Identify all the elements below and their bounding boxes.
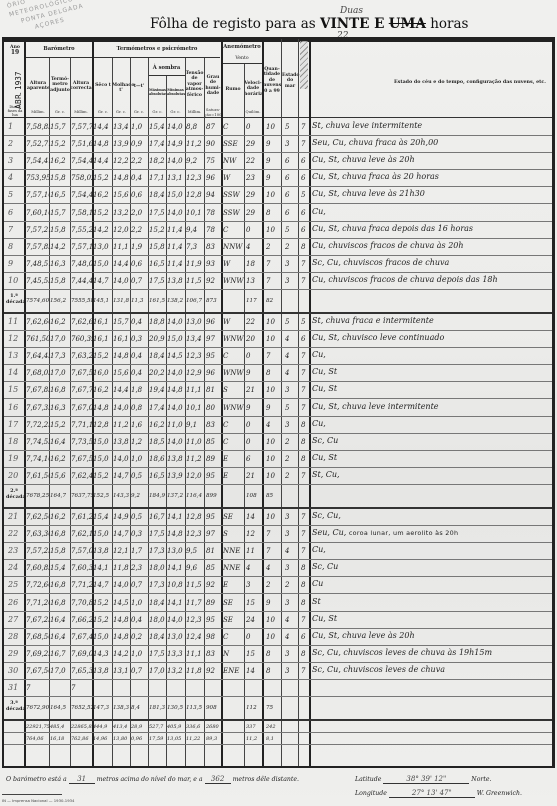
cell-mar: 3 <box>285 530 297 538</box>
cell-diff: 0,7 <box>131 277 148 285</box>
cell-diff: 1,0 <box>131 455 148 463</box>
cell-diff: 0,3 <box>131 335 148 343</box>
cell-seco: 12,8 <box>93 421 112 429</box>
cell-neb: 4 <box>266 421 280 429</box>
day-number: 17 <box>8 420 18 429</box>
cell-alt-ap: 7,68,50 <box>26 633 50 641</box>
cell-diff: 0,5 <box>131 472 148 480</box>
cell-term: 17,3 <box>50 352 70 360</box>
cell-neb: 8 <box>266 209 280 217</box>
cell-mar: 6 <box>285 174 297 182</box>
cell-neb: 10 <box>266 455 280 463</box>
title-suffix: horas <box>430 16 468 32</box>
rule <box>26 57 92 58</box>
cell-mar: 3 <box>285 667 297 675</box>
day-number: 24 <box>8 563 18 572</box>
cell-min: 13,0 <box>167 633 185 641</box>
table-row: 187,74,5516,47,73,5015,013,81,218,514,01… <box>4 434 552 451</box>
cell-alt-ap: 7,72,25 <box>26 421 50 429</box>
cell-hum: 98 <box>206 633 222 641</box>
cell-alt-ap: 7,67,85 <box>26 386 50 394</box>
cell-tens: 11,2 <box>186 140 204 148</box>
cell-x: 6 <box>301 633 309 641</box>
decade-label: 3.ª década <box>6 700 22 712</box>
cell-min: 13,1 <box>167 174 185 182</box>
cell-diff: 1,7 <box>131 547 148 555</box>
cell-seco: 14,8 <box>93 404 112 412</box>
cell-term: 17,0 <box>50 335 70 343</box>
day-number: 8 <box>8 242 13 251</box>
cell-min: 15,0 <box>167 335 185 343</box>
day-number: 12 <box>8 334 18 343</box>
cell-seco: 145,1 <box>93 298 112 304</box>
total-min: 405,9 <box>167 724 185 730</box>
cell-mar: 4 <box>285 335 297 343</box>
cell-x: 5 <box>301 318 309 326</box>
cell-alt-ap: 7,74,55 <box>26 438 50 446</box>
sky-description: Sc, Cu, <box>312 511 341 520</box>
day-number: 3 <box>8 156 13 165</box>
cell-hum: 89 <box>206 455 222 463</box>
cell-molh: 14,0 <box>113 455 131 463</box>
cell-alt-cor: 7,67,47 <box>71 633 93 641</box>
cell-tens: 11,9 <box>186 260 204 268</box>
cell-min: 14,0 <box>167 369 185 377</box>
cell-molh: 14,8 <box>113 616 131 624</box>
table-row: 37,54,4116,27,54,4414,412,22,218,214,09,… <box>4 153 552 170</box>
title-prefix: Fôlha de registo para as <box>150 16 316 32</box>
cell-mar: 2 <box>285 581 297 589</box>
cell-rumo: SSW <box>223 209 244 217</box>
day-number: 11 <box>8 317 18 326</box>
cell-neb: 9 <box>266 174 280 182</box>
cell-vel: 108 <box>246 493 262 499</box>
cell-alt-cor: 7,48,04 <box>71 260 93 268</box>
cell-diff: 8,4 <box>131 705 148 711</box>
cell-x: 7 <box>301 513 309 521</box>
total-molh: 13,80 <box>113 736 131 742</box>
cell-max: 16,5 <box>149 472 167 480</box>
cell-vel: 0 <box>246 421 262 429</box>
cell-mar: 4 <box>285 369 297 377</box>
cell-min: 14,1 <box>167 564 185 572</box>
day-number: 4 <box>8 173 13 182</box>
cell-neb: 10 <box>266 191 280 199</box>
cell-seco: 15,0 <box>93 633 112 641</box>
cell-mar: 3 <box>285 650 297 658</box>
cell-hum: 81 <box>206 386 222 394</box>
cell-vel: 4 <box>246 564 262 572</box>
cell-max: 18,4 <box>149 633 167 641</box>
cell-rumo: W <box>223 260 244 268</box>
cell-x: 7 <box>301 472 309 480</box>
cell-alt-ap: 7,67,50 <box>26 667 50 675</box>
cell-alt-cor: 7,54,44 <box>71 157 93 165</box>
cell-vel: 15 <box>246 599 262 607</box>
cell-alt-cor: 7,66,28 <box>71 616 93 624</box>
cell-tens: 11,5 <box>186 581 204 589</box>
cell-neb: 7 <box>266 260 280 268</box>
unit-label: Gr. c. <box>94 109 112 114</box>
cell-hum: 75 <box>206 157 222 165</box>
cell-molh: 16,1 <box>113 335 131 343</box>
day-number: 13 <box>8 351 18 360</box>
cell-alt-cor: 7,57,11 <box>71 243 93 251</box>
cell-alt-ap: 7 <box>26 684 50 692</box>
table-row: 77,57,2115,87,55,2814,212,02,215,211,49,… <box>4 222 552 239</box>
cell-diff: 0,9 <box>131 140 148 148</box>
cell-molh: 15,6 <box>113 369 131 377</box>
col-velocidade: Veloci-dade horária <box>244 81 262 97</box>
cell-term: 16,8 <box>50 599 70 607</box>
cell-term: 156,2 <box>50 298 70 304</box>
cell-alt-cor: 7,62,60 <box>71 318 93 326</box>
day-number: 31 <box>8 683 18 692</box>
sky-description: Seu, Cu, chuva fraca às 20h,00 <box>312 138 438 147</box>
cell-neb: 82 <box>266 298 280 304</box>
table-row: 4753,9515,8758,0215,214,80,417,113,112,3… <box>4 170 552 187</box>
cell-neb: 7 <box>266 277 280 285</box>
cell-alt-ap: 7,64,45 <box>26 352 50 360</box>
cell-alt-cor: 7,67,51 <box>71 455 93 463</box>
cell-neb: 9 <box>266 140 280 148</box>
cell-term: 16,4 <box>50 438 70 446</box>
cell-neb: 10 <box>266 513 280 521</box>
cell-neb: 10 <box>266 123 280 131</box>
cell-seco: 14,2 <box>93 226 112 234</box>
cell-vel: 21 <box>246 472 262 480</box>
cell-tens: 12,3 <box>186 616 204 624</box>
cell-molh: 13,8 <box>113 438 131 446</box>
cell-vel: 13 <box>246 277 262 285</box>
cell-diff: 0,8 <box>131 404 148 412</box>
cell-hum: 81 <box>206 547 222 555</box>
cell-alt-cor: 7,62,16 <box>71 530 93 538</box>
cell-neb: 10 <box>266 226 280 234</box>
cell-term: 15,8 <box>50 547 70 555</box>
cell-alt-ap: 7574,60 <box>26 298 50 304</box>
cell-seco: 16,2 <box>93 191 112 199</box>
cell-seco: 14,8 <box>93 140 112 148</box>
day-number: 10 <box>8 276 18 285</box>
cell-neb: 7 <box>266 352 280 360</box>
cell-max: 18,5 <box>149 438 167 446</box>
cell-x: 7 <box>301 547 309 555</box>
sky-description: Cu <box>312 579 323 588</box>
cell-min: 13,8 <box>167 455 185 463</box>
longitude-line: Longitude 27° 13' 47" W. Greenwich. <box>355 789 522 798</box>
cell-alt-ap: 7672,90 <box>26 705 50 711</box>
col-altura-aparente: Altura aparente <box>27 81 49 92</box>
cell-seco: 15,4 <box>93 513 112 521</box>
cell-term: 164,5 <box>50 705 70 711</box>
cell-min: 11,4 <box>167 226 185 234</box>
cell-alt-ap: 7,60,85 <box>26 564 50 572</box>
cell-max: 18,4 <box>149 352 167 360</box>
table-row: 297,69,2516,77,69,0614,314,21,017,513,31… <box>4 646 552 663</box>
cell-tens: 9,4 <box>186 226 204 234</box>
table-row: 97,48,5116,37,48,0415,014,40,616,511,411… <box>4 256 552 273</box>
cell-mar: 2 <box>285 243 297 251</box>
cell-term: 16,3 <box>50 260 70 268</box>
cell-alt-ap: 7,62,60 <box>26 318 50 326</box>
cell-hum: 85 <box>206 438 222 446</box>
cell-seco: 15,0 <box>93 260 112 268</box>
cell-min: 10,8 <box>167 581 185 589</box>
day-number: 25 <box>8 580 18 589</box>
total-hum: 2680 <box>206 724 222 730</box>
cell-diff: 0,4 <box>131 616 148 624</box>
cell-molh: 11,1 <box>113 243 131 251</box>
cell-vel: 23 <box>246 174 262 182</box>
cell-seco: 15,2 <box>93 599 112 607</box>
cell-min: 14,0 <box>167 157 185 165</box>
cell-mar: 3 <box>285 140 297 148</box>
cell-diff: 1,0 <box>131 650 148 658</box>
cell-vel: 9 <box>246 369 262 377</box>
table-row: 167,67,3516,37,67,0214,814,00,817,414,01… <box>4 400 552 417</box>
unit-label: Quilóm. <box>244 109 262 114</box>
cell-min: 13,2 <box>167 667 185 675</box>
day-number: 1 <box>8 122 13 131</box>
cell-alt-ap: 7,71,20 <box>26 599 50 607</box>
cell-tens: 13,0 <box>186 318 204 326</box>
table-row: 12761,5017,0760,3916,116,10,320,915,013,… <box>4 331 552 348</box>
barometer-group-label: Barómetro <box>26 47 92 52</box>
total-tens: 11,22 <box>186 736 204 742</box>
rule <box>4 117 552 118</box>
cell-x: 6 <box>301 209 309 217</box>
cell-diff: 2,2 <box>131 157 148 165</box>
printer-imprint: IN — Imprensa Nacional — 1930-1934 <box>2 798 74 803</box>
cell-min: 14,1 <box>167 513 185 521</box>
decade-label: 2.ª década <box>6 488 22 500</box>
total-term: 485,4 <box>50 724 70 730</box>
cell-term: 16,7 <box>50 650 70 658</box>
cell-hum: 873 <box>206 298 222 304</box>
cell-seco: 15,2 <box>93 472 112 480</box>
cell-alt-cor: 7,58,18 <box>71 209 93 217</box>
cell-max: 18,6 <box>149 455 167 463</box>
cell-tens: 11,1 <box>186 650 204 658</box>
unit-label: Millim. <box>185 109 204 114</box>
cell-diff: 9,2 <box>131 493 148 499</box>
cell-tens: 12,4 <box>186 633 204 641</box>
cell-rumo: NNW <box>223 243 244 251</box>
cell-alt-ap: 7,63,30 <box>26 530 50 538</box>
cell-vel: 0 <box>246 123 262 131</box>
cell-x: 8 <box>301 564 309 572</box>
col-rumo: Rumo <box>222 87 244 92</box>
cell-hum: 83 <box>206 243 222 251</box>
cell-rumo: ENE <box>223 667 244 675</box>
cell-alt-cor: 7,63,20 <box>71 352 93 360</box>
register-table: Ano 19 ABR. 1937 Dias e fases da lua Bar… <box>2 37 555 768</box>
cell-molh: 12,1 <box>113 547 131 555</box>
cell-min: 130,5 <box>167 705 185 711</box>
cell-alt-cor: 7,44,41 <box>71 277 93 285</box>
day-number: 2 <box>8 139 13 148</box>
cell-hum: 90 <box>206 140 222 148</box>
cell-term: 16,4 <box>50 616 70 624</box>
col-t-diff: t—t' <box>130 84 148 89</box>
cell-vel: 24 <box>246 616 262 624</box>
cell-tens: 11,8 <box>186 667 204 675</box>
cell-seco: 14,1 <box>93 564 112 572</box>
total-alt-cor: 762,86 <box>71 736 93 742</box>
cell-molh: 14,0 <box>113 277 131 285</box>
total-diff: 28,9 <box>131 724 148 730</box>
cell-mar: 3 <box>285 564 297 572</box>
cell-mar: 5 <box>285 404 297 412</box>
cell-x: 8 <box>301 599 309 607</box>
cell-max: 18,4 <box>149 191 167 199</box>
cell-rumo: E <box>223 455 244 463</box>
sky-description: Cu, chuviscos fracos de chuva depois das… <box>312 275 498 284</box>
total-seco: 14,96 <box>93 736 112 742</box>
cell-molh: 131,8 <box>113 298 131 304</box>
cell-seco: 15,0 <box>93 530 112 538</box>
cell-hum: 92 <box>206 581 222 589</box>
cell-hum: 97 <box>206 530 222 538</box>
cell-max: 17,3 <box>149 547 167 555</box>
cell-x: 7 <box>301 404 309 412</box>
table-row: 27,52,7115,27,51,6014,813,90,917,414,911… <box>4 136 552 153</box>
cell-alt-cor: 7,65,39 <box>71 667 93 675</box>
day-number: 14 <box>8 368 18 377</box>
page-title: Fôlha de registo para as VINTE E UMA hor… <box>150 16 469 32</box>
rule <box>222 63 262 64</box>
cell-alt-cor: 7,55,28 <box>71 226 93 234</box>
cell-seco: 15,2 <box>93 209 112 217</box>
table-row: 57,57,1016,57,54,4316,215,60,618,415,012… <box>4 187 552 204</box>
cell-x: 7 <box>301 352 309 360</box>
cell-vel: 15 <box>246 650 262 658</box>
cell-rumo: SE <box>223 616 244 624</box>
sky-description: St, chuva leve intermitente <box>312 121 422 130</box>
table-row: 307,67,5017,07,65,3913,813,10,717,013,21… <box>4 663 552 680</box>
cell-vel: 29 <box>246 191 262 199</box>
cell-tens: 11,7 <box>186 599 204 607</box>
wind-label: Vento <box>222 56 262 61</box>
cell-alt-ap: 7,60,10 <box>26 209 50 217</box>
cell-x: 7 <box>301 386 309 394</box>
cell-molh: 143,3 <box>113 493 131 499</box>
cell-hum: 95 <box>206 352 222 360</box>
total-vel: 11,2 <box>246 736 262 742</box>
cell-hum: 96 <box>206 174 222 182</box>
cell-diff: 2,3 <box>131 564 148 572</box>
cell-rumo: WNW <box>223 277 244 285</box>
title-hour-word: VINTE E <box>320 16 384 32</box>
table-row: 237,57,2515,87,57,0113,812,11,717,313,09… <box>4 543 552 560</box>
cell-mar: 6 <box>285 209 297 217</box>
cell-seco: 14,7 <box>93 581 112 589</box>
day-number: 27 <box>8 615 18 624</box>
cell-alt-ap: 7,67,25 <box>26 616 50 624</box>
cell-molh: 11,8 <box>113 564 131 572</box>
cell-max: 18,0 <box>149 616 167 624</box>
cell-tens: 11,1 <box>186 386 204 394</box>
cell-rumo: W <box>223 174 244 182</box>
sky-description: Cu, St <box>312 384 337 393</box>
cell-min: 14,0 <box>167 123 185 131</box>
cell-vel: 6 <box>246 455 262 463</box>
cell-hum: 96 <box>206 369 222 377</box>
day-number: 18 <box>8 437 18 446</box>
cell-seco: 13,8 <box>93 547 112 555</box>
col-termometro-adjunto: Termó-metro adjunto <box>50 77 70 93</box>
table-row: 87,57,8514,27,57,1113,011,11,915,811,47,… <box>4 239 552 256</box>
day-label: Dias e fases da lua <box>5 105 25 117</box>
cell-seco: 16,1 <box>93 335 112 343</box>
cell-hum: 97 <box>206 335 222 343</box>
table-row: 67,60,1015,77,58,1815,213,22,017,514,010… <box>4 205 552 222</box>
cell-diff: 0,4 <box>131 174 148 182</box>
cell-alt-ap: 7,72,60 <box>26 581 50 589</box>
cell-alt-ap: 7678,25 <box>26 493 50 499</box>
cell-rumo: SSW <box>223 191 244 199</box>
cell-term: 15,4 <box>50 564 70 572</box>
unit-label: Millim. <box>27 109 49 114</box>
cell-rumo: E <box>223 472 244 480</box>
unit-label: Gr. c. <box>167 109 184 114</box>
cell-max: 17,0 <box>149 667 167 675</box>
cell-min: 14,0 <box>167 318 185 326</box>
cell-min: 137,2 <box>167 493 185 499</box>
sky-description: Cu, <box>312 545 326 554</box>
cell-alt-ap: 761,50 <box>26 335 50 343</box>
unit-label: Millim. <box>70 109 92 114</box>
cell-max: 161,5 <box>149 298 167 304</box>
cell-term: 15,8 <box>50 174 70 182</box>
cell-term: 16,8 <box>50 530 70 538</box>
cell-rumo: C <box>223 123 244 131</box>
cell-mar: 5 <box>285 318 297 326</box>
barometer-height-value: 31 <box>69 775 95 784</box>
cell-vel: 12 <box>246 530 262 538</box>
day-number: 20 <box>8 471 18 480</box>
day-number: 5 <box>8 190 13 199</box>
col-seco: Sêco t <box>94 83 112 88</box>
sky-description: Sc, Cu <box>312 436 338 445</box>
cell-mar: 2 <box>285 455 297 463</box>
cell-x: 7 <box>301 530 309 538</box>
cell-term: 16,2 <box>50 157 70 165</box>
cell-rumo: NNE <box>223 547 244 555</box>
col-estado-mar: Estado do mar <box>282 73 298 89</box>
cell-mar: 3 <box>285 599 297 607</box>
sky-printed-note: coroa lunar, um aerolito às 20h <box>349 529 459 537</box>
cell-x: 7 <box>301 667 309 675</box>
unit-label: Satura-ção=100 <box>204 107 222 117</box>
cell-neb: 75 <box>266 705 280 711</box>
cell-rumo: NW <box>223 157 244 165</box>
cell-vel: 20 <box>246 335 262 343</box>
total-seco: 444,9 <box>93 724 112 730</box>
cell-mar: 6 <box>285 191 297 199</box>
cell-x: 8 <box>301 581 309 589</box>
cell-min: 14,9 <box>167 140 185 148</box>
cell-max: 17,4 <box>149 140 167 148</box>
cell-alt-ap: 7,57,10 <box>26 191 50 199</box>
cell-term: 15,2 <box>50 140 70 148</box>
total-max: 527,7 <box>149 724 167 730</box>
cell-hum: 78 <box>206 209 222 217</box>
cell-tens: 10,1 <box>186 209 204 217</box>
cell-tens: 8,8 <box>186 123 204 131</box>
decade-summary-row: 2.ª década7678,25164,77637,75152,5143,39… <box>4 485 552 509</box>
